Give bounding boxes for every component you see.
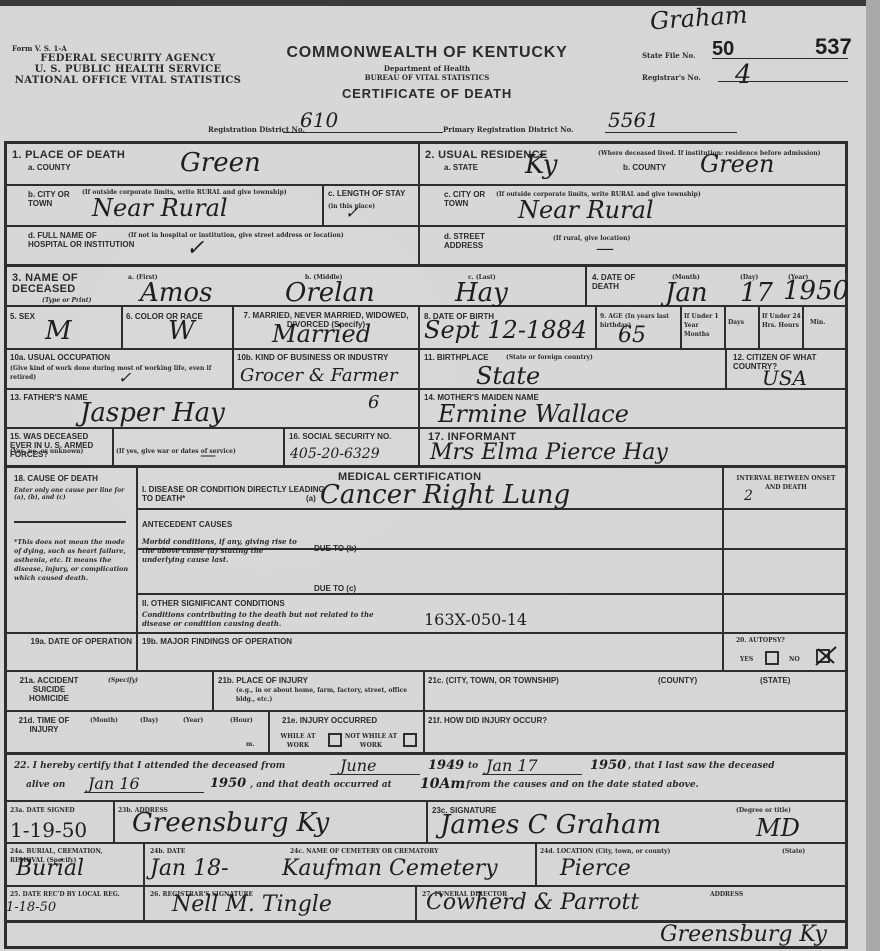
line-a-label: (a) — [306, 494, 316, 503]
certify-text-2: , that I last saw the deceased — [628, 762, 775, 771]
rule — [212, 670, 214, 710]
residence-street-hint: (If rural, give location) — [553, 234, 630, 243]
rule — [418, 141, 420, 265]
residence-county-label: b. COUNTY — [623, 163, 666, 172]
armed-forces-value: — — [200, 445, 216, 464]
date-received-label: 25. DATE REC'D BY LOCAL REG. — [10, 890, 140, 899]
death-day-value: 17 — [740, 278, 773, 308]
marital-status-value: Married — [272, 320, 371, 348]
state-file-number: 537 — [815, 34, 852, 60]
residence-street-label: d. STREET ADDRESS — [444, 232, 504, 250]
residence-city-value: Near Rural — [518, 196, 654, 224]
death-year-value: 1950 — [783, 276, 849, 306]
attended-to-value: Jan 17 — [486, 756, 538, 775]
time-month-label: (Month) — [90, 716, 118, 725]
last-seen-value: Jan 16 — [88, 774, 140, 793]
agency-line-2: U. S. PUBLIC HEALTH SERVICE — [8, 64, 248, 75]
time-hour-label: (Hour) — [230, 716, 253, 725]
address-value: Greensburg Ky — [132, 808, 329, 838]
ssn-value: 405-20-6329 — [290, 446, 380, 462]
deceased-name-label: 3. NAME OF DECEASED — [12, 273, 102, 295]
father-name-label: 13. FATHER'S NAME — [10, 393, 88, 402]
rule — [415, 885, 417, 922]
rule — [232, 305, 234, 388]
birthplace-label: 11. BIRTHPLACE — [424, 353, 488, 362]
cemetery-value: Kaufman Cemetery — [282, 856, 498, 881]
death-month-value: Jan — [665, 278, 708, 308]
agency-header: Form V. S. 1-A FEDERAL SECURITY AGENCY U… — [8, 44, 248, 86]
birthplace-hint: (State or foreign country) — [506, 353, 593, 362]
rule — [136, 465, 138, 670]
checkmark-x-icon — [814, 645, 838, 669]
page-title: COMMONWEALTH OF KENTUCKY — [262, 44, 592, 62]
department-label: Department of Health — [262, 64, 592, 73]
autopsy-no-label: NO — [789, 655, 800, 664]
not-while-at-work-label: NOT WHILE AT WORK — [344, 732, 398, 750]
citizenship-value: USA — [762, 366, 807, 390]
certify-text-5: , from the causes and on the date stated… — [460, 781, 699, 790]
funeral-address-value: Greensburg Ky — [660, 922, 827, 947]
burial-location-label: 24d. LOCATION (City, town, or county) — [540, 847, 670, 856]
burial-location-value: Pierce — [560, 856, 631, 881]
rule — [725, 348, 727, 388]
burial-date-value: Jan 18- — [150, 856, 229, 881]
registrars-no-underline — [718, 81, 848, 82]
sex-label: 5. SEX — [10, 312, 35, 321]
date-of-birth-value: Sept 12-1884 — [424, 316, 587, 344]
rule — [4, 388, 848, 390]
rule — [4, 710, 848, 712]
rule — [535, 842, 537, 885]
armed-forces-hint-a: (Yes, no, or unknown) — [10, 447, 83, 456]
rule — [283, 427, 285, 467]
primary-district-value: 5561 — [608, 108, 659, 132]
form-number: Form V. S. 1-A — [12, 44, 248, 53]
autopsy-yes-checkbox[interactable] — [765, 651, 779, 665]
residence-city-label: c. CITY OR TOWN — [444, 190, 504, 208]
registration-district-value: 610 — [300, 108, 338, 132]
other-conditions-hint: Conditions contributing to the death but… — [142, 610, 404, 628]
registrars-no-label: Registrar's No. — [642, 73, 701, 82]
injury-state-label: (STATE) — [760, 676, 790, 685]
occupation-value: ✓ — [118, 368, 131, 387]
due-to-c-label: DUE TO (c) — [314, 584, 356, 593]
primary-district-underline — [605, 132, 737, 133]
antecedent-causes-hint: Morbid conditions, if any, giving rise t… — [142, 537, 302, 564]
while-at-work-checkbox[interactable] — [328, 733, 342, 747]
death-city-label: b. CITY OR TOWN — [28, 190, 88, 208]
date-of-death-label: 4. DATE OF DEATH — [592, 273, 642, 291]
death-county-value: Green — [180, 148, 261, 178]
rule — [585, 267, 587, 305]
degree-value: MD — [756, 814, 800, 842]
primary-district-label: Primary Registration District No. — [443, 125, 574, 134]
death-certificate: Form V. S. 1-A FEDERAL SECURITY AGENCY U… — [0, 0, 880, 951]
mother-name-value: Ermine Wallace — [438, 400, 629, 428]
armed-forces-hint-b: (If yes, give war or dates of service) — [116, 447, 236, 456]
birthplace-value: State — [476, 362, 540, 390]
while-at-work-label: WHILE AT WORK — [274, 732, 322, 750]
residence-state-value: Ky — [525, 150, 557, 180]
operation-date-label: 19a. DATE OF OPERATION — [14, 637, 132, 646]
rule — [595, 305, 597, 348]
burial-state-label: (State) — [782, 847, 805, 856]
rule — [4, 225, 848, 227]
rule — [418, 305, 420, 468]
death-county-label: a. COUNTY — [28, 163, 71, 172]
signature-value: James C Graham — [440, 810, 661, 840]
other-conditions-label: II. OTHER SIGNIFICANT CONDITIONS — [142, 599, 285, 608]
autopsy-yes-label: YES — [740, 655, 753, 664]
middle-name-value: Orelan — [285, 278, 375, 308]
cemetery-label: 24c. NAME OF CEMETERY OR CREMATORY — [290, 847, 438, 856]
rule — [758, 305, 760, 348]
funeral-address-label: ADDRESS — [710, 890, 743, 899]
hospital-label: d. FULL NAME OF HOSPITAL OR INSTITUTION — [28, 231, 138, 249]
rule — [4, 305, 848, 307]
injury-county-label: (COUNTY) — [658, 676, 697, 685]
rule — [121, 305, 123, 348]
other-conditions-value: 163X-050-14 — [424, 610, 527, 629]
bureau-label: BUREAU OF VITAL STATISTICS — [262, 73, 592, 82]
rule — [722, 465, 724, 670]
length-of-stay-label: c. LENGTH OF STAY — [328, 189, 405, 198]
time-suffix: m. — [246, 740, 254, 749]
burial-date-label: 24b. DATE — [150, 847, 185, 856]
rule — [4, 184, 848, 186]
injury-occurred-label: 21e. INJURY OCCURRED — [282, 716, 377, 725]
due-to-b-label: DUE TO (b) — [314, 544, 357, 553]
accident-hint: (Specify) — [108, 676, 138, 685]
state-file-underline — [712, 58, 848, 59]
rule — [322, 184, 324, 225]
rule — [802, 305, 804, 348]
occupation-label: 10a. USUAL OCCUPATION — [10, 353, 110, 362]
autopsy-no-checkbox[interactable] — [816, 649, 830, 663]
interval-value: 2 — [744, 488, 753, 504]
date-signed-label: 23a. DATE SIGNED — [10, 806, 75, 815]
time-of-injury-label: 21d. TIME OF INJURY — [14, 716, 74, 734]
length-of-stay-value: ✓ — [345, 203, 358, 222]
business-label: 10b. KIND OF BUSINESS OR INDUSTRY — [237, 353, 413, 362]
rule — [113, 800, 115, 842]
burial-value: Burial — [16, 856, 84, 881]
death-city-value: Near Rural — [92, 194, 228, 222]
not-while-at-work-checkbox[interactable] — [403, 733, 417, 747]
scan-border-right — [866, 0, 880, 951]
rule — [4, 842, 848, 844]
last-seen-year: 1950 — [210, 776, 246, 791]
place-of-injury-hint: (e.g., in or about home, farm, factory, … — [236, 686, 418, 704]
first-name-value: Amos — [140, 278, 212, 308]
funeral-director-value: Cowherd & Parrott — [426, 890, 639, 915]
under-24hr-hours-label: If Under 24 Hrs. Hours — [762, 312, 802, 330]
annotation-top: Graham — [649, 1, 748, 36]
race-value: W — [168, 316, 195, 346]
cause-of-death-hint: Enter only one cause per line for (a), (… — [14, 487, 132, 501]
rule — [112, 427, 114, 467]
hospital-value: ✓ — [186, 236, 204, 261]
disease-label: I. DISEASE OR CONDITION DIRECTLY LEADING… — [142, 485, 332, 503]
attended-from-value: June — [340, 756, 377, 775]
state-file-label: State File No. — [642, 51, 696, 60]
rule — [14, 521, 126, 523]
registrar-signature-value: Nell M. Tingle — [172, 892, 332, 917]
rule — [423, 670, 425, 752]
place-of-injury-label: 21b. PLACE OF INJURY — [218, 676, 308, 685]
certificate-heading: COMMONWEALTH OF KENTUCKY Department of H… — [262, 44, 592, 101]
operation-findings-label: 19b. MAJOR FINDINGS OF OPERATION — [142, 637, 292, 646]
certify-to-text: to — [468, 762, 478, 771]
ssn-label: 16. SOCIAL SECURITY NO. — [289, 432, 413, 441]
agency-line-1: FEDERAL SECURITY AGENCY — [8, 53, 248, 64]
last-name-value: Hay — [455, 278, 508, 308]
rule — [143, 842, 145, 922]
deceased-name-hint: (Type or Print) — [42, 296, 91, 305]
age-value: 65 — [618, 323, 646, 348]
autopsy-label: 20. AUTOPSY? — [736, 636, 785, 645]
business-value: Grocer & Farmer — [240, 365, 398, 386]
place-of-death-label: 1. PLACE OF DEATH — [12, 150, 125, 161]
certify-text-4: , and that death occurred at — [250, 781, 392, 790]
cause-of-death-label: 18. CAUSE OF DEATH — [14, 474, 98, 483]
time-day-label: (Day) — [140, 716, 158, 725]
registration-district-underline — [283, 132, 443, 133]
how-injury-label: 21f. HOW DID INJURY OCCUR? — [428, 716, 547, 725]
certificate-title: CERTIFICATE OF DEATH — [262, 86, 592, 101]
time-year-label: (Year) — [183, 716, 203, 725]
last-seen-underline — [84, 792, 204, 793]
attended-from-underline — [330, 774, 420, 775]
under-1yr-days-label: Days — [728, 318, 744, 327]
accident-label: 21a. ACCIDENT SUICIDE HOMICIDE — [14, 676, 84, 703]
certify-text-1: 22. I hereby certify that I attended the… — [14, 762, 285, 771]
under-24hr-min-label: Min. — [810, 318, 825, 327]
hospital-hint: (If not in hospital or institution, give… — [128, 231, 344, 240]
rule — [724, 305, 726, 348]
residence-street-value: — — [596, 238, 614, 259]
scan-border-top — [0, 0, 880, 6]
antecedent-causes-label: ANTECEDENT CAUSES — [142, 520, 232, 529]
rule — [680, 305, 682, 348]
injury-location-label: 21c. (CITY, TOWN, OR TOWNSHIP) — [428, 676, 559, 685]
rule — [136, 593, 848, 595]
certify-text-3: alive on — [26, 781, 65, 790]
year-to-value: 1950 — [590, 758, 626, 773]
registrars-no-value: 4 — [735, 60, 752, 90]
father-name-value: Jasper Hay — [80, 398, 225, 428]
rule — [4, 348, 848, 350]
line-a-value: Cancer Right Lung — [320, 480, 570, 510]
attended-to-underline — [482, 774, 582, 775]
agency-line-3: NATIONAL OFFICE VITAL STATISTICS — [8, 75, 248, 86]
sex-value: M — [45, 316, 72, 346]
informant-value: Mrs Elma Pierce Hay — [430, 440, 668, 465]
rule — [4, 752, 848, 755]
year-from-value: 1949 — [428, 758, 464, 773]
rule — [268, 710, 270, 752]
date-received-value: 1-18-50 — [6, 900, 56, 915]
rule — [4, 264, 848, 267]
rule — [4, 670, 848, 672]
cause-footnote: *This does not mean the mode of dying, s… — [14, 538, 132, 583]
rule — [426, 800, 428, 842]
father-name-mark: 6 — [368, 392, 379, 413]
rule — [4, 885, 848, 887]
under-1yr-months-label: If Under 1 Year Months — [684, 312, 724, 339]
death-time-value: 10Am — [420, 776, 465, 792]
residence-state-label: a. STATE — [444, 163, 478, 172]
date-signed-value: 1-19-50 — [10, 818, 87, 842]
residence-county-value: Green — [700, 150, 775, 178]
